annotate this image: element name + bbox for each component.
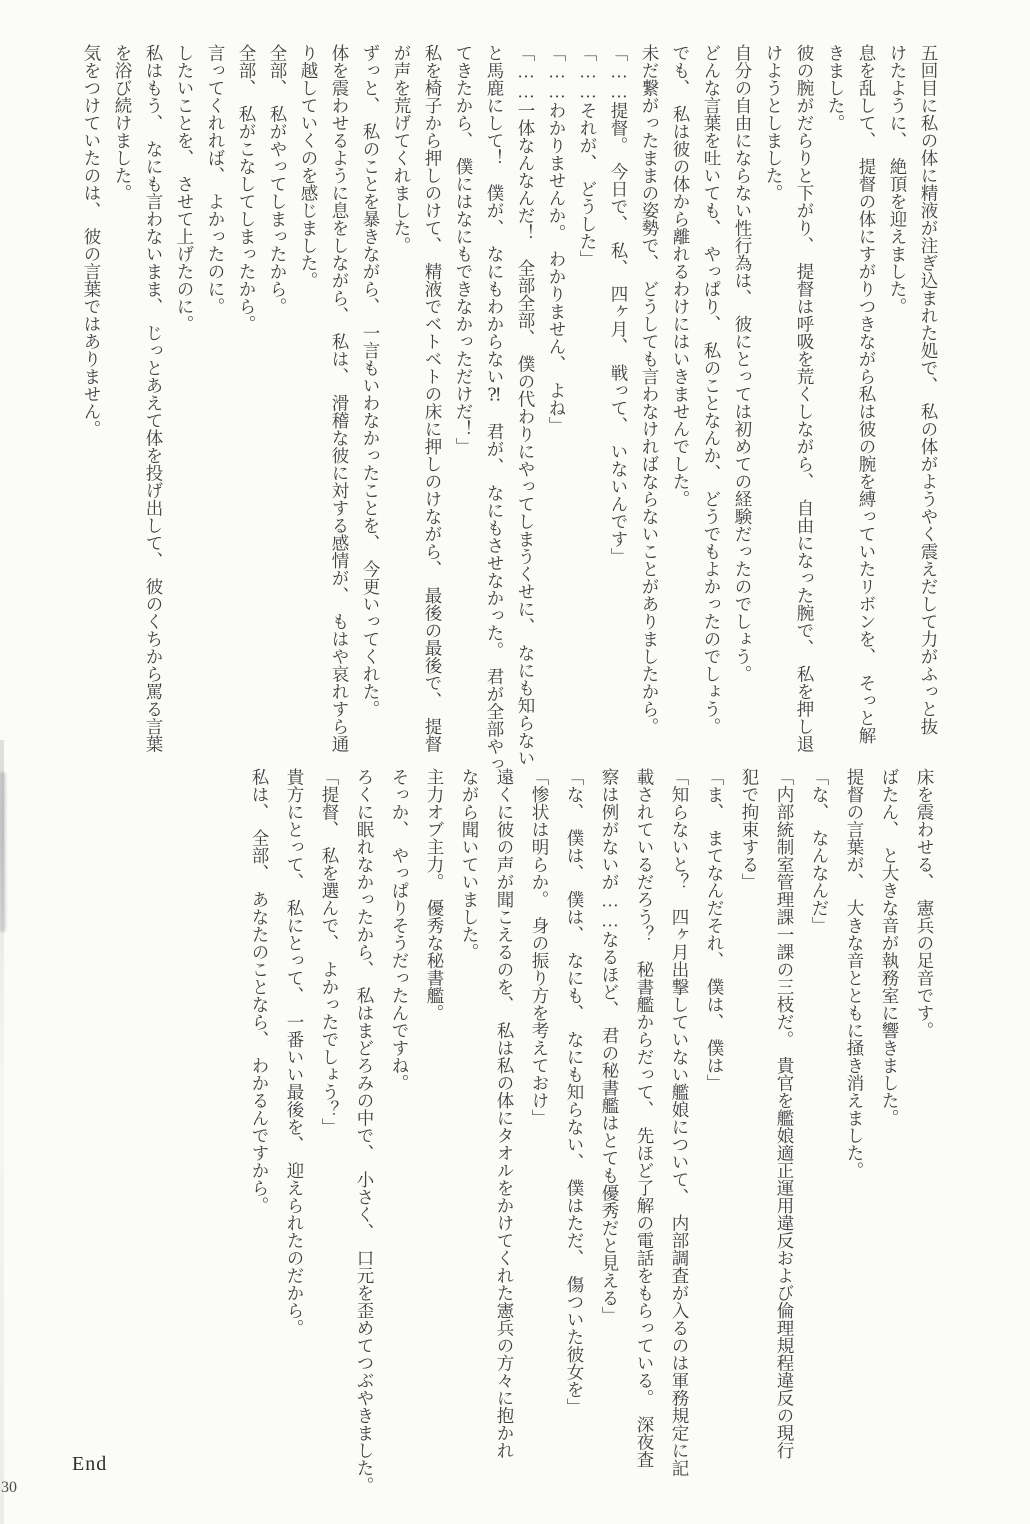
text-column: 「……一体なんなんだ！ 全部全部、 僕の代わりにやってしまうくせに、 なにも知ら… <box>510 44 541 758</box>
text-column: 載されているだろう？ 秘書艦からだって、 先ほど了解の電話をもらっている。 深夜… <box>627 768 662 1508</box>
text-column: ろくに眠れなかったから、 私はまどろみの中で、 小さく、 口元を歪めてつぶやきま… <box>347 768 382 1508</box>
text-column: てきたから、 僕にはなにもできなかっただけだ！」 <box>448 44 479 758</box>
bottom-text-block: 床を震わせる、 憲兵の足音です。ばたん、 と大きな音が執務室に響きました。提督の… <box>242 768 942 1508</box>
text-column: 「ま、 まてなんだそれ、 僕は、 僕は」 <box>697 768 732 1508</box>
text-column: 「……提督。 今日で、 私、 四ヶ月、 戦って、 いないんです」 <box>603 44 634 758</box>
text-column: 息を乱して、 提督の体にすがりつきながら私は彼の腕を縛っていたリボンを、 そっと… <box>851 44 882 758</box>
end-label: End <box>72 1453 107 1476</box>
text-column: 五回目に私の体に精液が注ぎ込まれた処で、 私の体がようやく震えだして力がふっと抜 <box>913 44 944 758</box>
text-column: どんな言葉を吐いても、 やっぱり、 私のことなんか、 どうでもよかったのでしょう… <box>696 44 727 758</box>
text-column: 提督の言葉が、 大きな音とともに掻き消えました。 <box>837 768 872 1508</box>
text-column: 私を椅子から押しのけて、 精液でベトベトの床に押しのけながら、 最後の最後で、 … <box>417 44 448 758</box>
text-column: 私はもう、 なにも言わないまま、 じっとあえて体を投げ出して、 彼のくちから罵る… <box>138 44 169 758</box>
text-column: 全部、 私がやってしまったから。 <box>262 44 293 758</box>
text-column: したいことを、 させて上げたのに。 <box>169 44 200 758</box>
text-column: ながら聞いていました。 <box>452 768 487 1508</box>
text-column: 主力オブ主力。 優秀な秘書艦。 <box>417 768 452 1508</box>
text-column: きました。 <box>820 44 851 758</box>
text-column: ばたん、 と大きな音が執務室に響きました。 <box>872 768 907 1508</box>
text-column: 「提督、 私を選んで、 よかったでしょう？」 <box>312 768 347 1508</box>
text-column: 遠くに彼の声が聞こえるのを、 私は私の体にタオルをかけてくれた憲兵の方々に抱かれ <box>487 768 522 1508</box>
text-column: 未だ繋がったままの姿勢で、 どうしても言わなければならないことがありましたから。 <box>634 44 665 758</box>
text-column: 犯で拘束する」 <box>732 768 767 1508</box>
text-column: けたように、 絶頂を迎えました。 <box>882 44 913 758</box>
text-column: 貴方にとって、 私にとって、 一番いい最後を、 迎えられたのだから。 <box>277 768 312 1508</box>
text-column: り越していくのを感じました。 <box>293 44 324 758</box>
text-column: そっか、 やっぱりそうだったんですね。 <box>382 768 417 1508</box>
text-column: 「……それが、 どうした」 <box>572 44 603 758</box>
text-column: 言ってくれれば、 よかったのに。 <box>200 44 231 758</box>
text-column: と馬鹿にして！ 僕が、 なにもわからない⁈ 君が、 なにもさせなかった。 君が全… <box>479 44 510 758</box>
text-column: 察は例がないが……なるほど、 君の秘書艦はとても優秀だと見える」 <box>592 768 627 1508</box>
text-column: でも、 私は彼の体から離れるわけにはいきませんでした。 <box>665 44 696 758</box>
scan-smudge-artifact <box>0 772 6 932</box>
text-column: 体を震わせるように息をしながら、 私は、 滑稽な彼に対する感情が、 もはや哀れす… <box>324 44 355 758</box>
text-column: が声を荒げてくれました。 <box>386 44 417 758</box>
text-column: 「……わかりませんか。 わかりません、 よね」 <box>541 44 572 758</box>
scan-edge-artifact <box>0 740 4 1524</box>
text-column: 気をつけていたのは、 彼の言葉ではありません。 <box>76 44 107 758</box>
text-column: 「な、 なんなんだ」 <box>802 768 837 1508</box>
text-column: 「内部統制室管理課一課の三枝だ。 貴官を艦娘適正運用違反および倫理規程違反の現行 <box>767 768 802 1508</box>
text-column: 「な、 僕は、 僕は、 なにも、 なにも知らない、 僕はただ、 傷ついた彼女を」 <box>557 768 592 1508</box>
text-column: けようとしました。 <box>758 44 789 758</box>
text-column: 私は、 全部、 あなたのことなら、 わかるんですから。 <box>242 768 277 1508</box>
text-column: を浴び続けました。 <box>107 44 138 758</box>
top-text-block: 五回目に私の体に精液が注ぎ込まれた処で、 私の体がようやく震えだして力がふっと抜… <box>76 44 944 758</box>
text-column: ずっと、 私のことを暴きながら、 一言もいわなかったことを、 今更いってくれた。 <box>355 44 386 758</box>
text-column: 床を震わせる、 憲兵の足音です。 <box>907 768 942 1508</box>
text-column: 「惨状は明らか。 身の振り方を考えておけ」 <box>522 768 557 1508</box>
page-number: 30 <box>1 1479 17 1497</box>
text-column: 「知らないと？ 四ヶ月出撃していない艦娘について、 内部調査が入るのは軍務規定に… <box>662 768 697 1508</box>
text-column: 彼の腕がだらりと下がり、 提督は呼吸を荒くしながら、 自由になった腕で、 私を押… <box>789 44 820 758</box>
text-column: 全部、 私がこなしてしまったから。 <box>231 44 262 758</box>
text-column: 自分の自由にならない性行為は、 彼にとっては初めての経験だったのでしょう。 <box>727 44 758 758</box>
